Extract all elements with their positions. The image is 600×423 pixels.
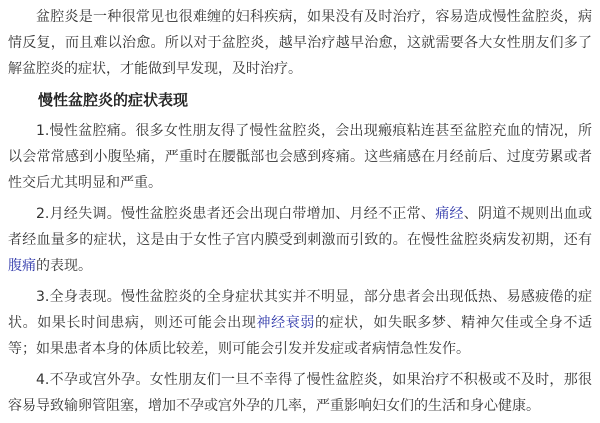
dysmenorrhea-link[interactable]: 痛经 bbox=[435, 206, 464, 222]
symptom-item-systemic: 3.全身表现。慢性盆腔炎的全身症状其实并不明显，部分患者会出现低热、易感疲倦的症… bbox=[8, 284, 592, 362]
symptom-text: 4.不孕或宫外孕。女性朋友们一旦不幸得了慢性盆腔炎，如果治疗不积极或不及时，那很… bbox=[8, 372, 592, 414]
symptom-text: 2.月经失调。慢性盆腔炎患者还会出现白带增加、月经不正常、 bbox=[36, 206, 435, 222]
section-heading-text: 慢性盆腔炎的症状表现 bbox=[38, 91, 188, 109]
intro-text: 盆腔炎是一种很常见也很难缠的妇科疾病，如果没有及时治疗，容易造成慢性盆腔炎，病情… bbox=[8, 9, 592, 77]
symptom-text: 的表现。 bbox=[36, 258, 92, 274]
symptom-item-menstrual-disorder: 2.月经失调。慢性盆腔炎患者还会出现白带增加、月经不正常、痛经、阴道不规则出血或… bbox=[8, 201, 592, 279]
symptom-text: 1.慢性盆腔痛。很多女性朋友得了慢性盆腔炎，会出现瘢痕粘连甚至盆腔充血的情况，所… bbox=[8, 123, 592, 191]
intro-paragraph: 盆腔炎是一种很常见也很难缠的妇科疾病，如果没有及时治疗，容易造成慢性盆腔炎，病情… bbox=[8, 4, 592, 82]
abdominal-pain-link[interactable]: 腹痛 bbox=[8, 258, 36, 274]
section-heading-symptoms: 慢性盆腔炎的症状表现 bbox=[8, 87, 592, 113]
neurasthenia-link[interactable]: 神经衰弱 bbox=[256, 315, 314, 331]
symptom-item-infertility: 4.不孕或宫外孕。女性朋友们一旦不幸得了慢性盆腔炎，如果治疗不积极或不及时，那很… bbox=[8, 367, 592, 419]
symptom-item-chronic-pelvic-pain: 1.慢性盆腔痛。很多女性朋友得了慢性盆腔炎，会出现瘢痕粘连甚至盆腔充血的情况，所… bbox=[8, 118, 592, 196]
